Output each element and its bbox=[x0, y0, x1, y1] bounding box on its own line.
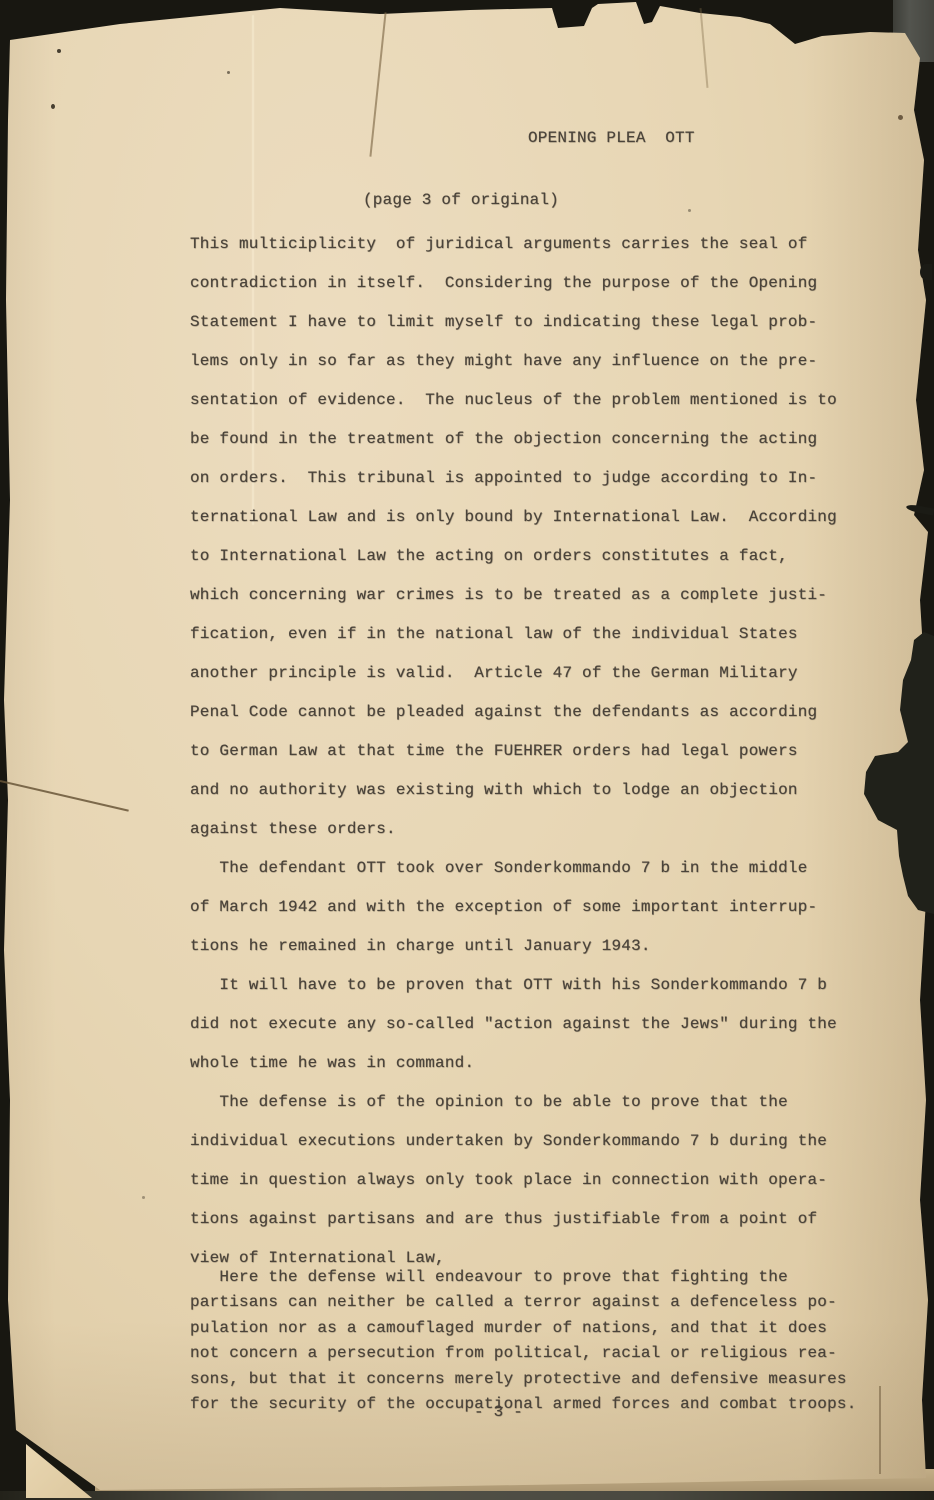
text-line: tions he remained in charge until Januar… bbox=[190, 927, 870, 966]
text-line: Statement I have to limit myself to indi… bbox=[190, 303, 870, 342]
text-line: another principle is valid. Article 47 o… bbox=[190, 654, 870, 693]
scan-bottom-band bbox=[0, 1491, 934, 1500]
text-line: ternational Law and is only bound by Int… bbox=[190, 498, 870, 537]
text-line: Penal Code cannot be pleaded against the… bbox=[190, 693, 870, 732]
paragraph-3: It will have to be proven that OTT with … bbox=[190, 966, 870, 1083]
text-line: The defense is of the opinion to be able… bbox=[190, 1083, 870, 1122]
text-line: Here the defense will endeavour to prove… bbox=[190, 1265, 870, 1290]
paragraph-2: The defendant OTT took over Sonderkomman… bbox=[190, 849, 870, 966]
text-line: sons, but that it concerns merely protec… bbox=[190, 1367, 870, 1392]
text-line: fication, even if in the national law of… bbox=[190, 615, 870, 654]
text-line: which concerning war crimes is to be tre… bbox=[190, 576, 870, 615]
page-number: - 3 - bbox=[474, 1403, 523, 1421]
paper-speck bbox=[227, 71, 230, 74]
paper-speck bbox=[688, 209, 691, 212]
text-line: contradiction in itself. Considering the… bbox=[190, 264, 870, 303]
document-title: OPENING PLEA OTT bbox=[528, 129, 695, 147]
text-line: It will have to be proven that OTT with … bbox=[190, 966, 870, 1005]
edge-notch bbox=[920, 264, 932, 280]
text-line: sentation of evidence. The nucleus of th… bbox=[190, 381, 870, 420]
text-line: on orders. This tribunal is appointed to… bbox=[190, 459, 870, 498]
text-line: to German Law at that time the FUEHRER o… bbox=[190, 732, 870, 771]
text-line: of March 1942 and with the exception of … bbox=[190, 888, 870, 927]
document-body: This multiciplicity of juridical argumen… bbox=[190, 225, 870, 1417]
text-line: tions against partisans and are thus jus… bbox=[190, 1200, 870, 1239]
text-line: be found in the treatment of the objecti… bbox=[190, 420, 870, 459]
text-line: time in question always only took place … bbox=[190, 1161, 870, 1200]
paper-speck bbox=[57, 49, 61, 53]
text-line: The defendant OTT took over Sonderkomman… bbox=[190, 849, 870, 888]
text-line: not concern a persecution from political… bbox=[190, 1341, 870, 1366]
paper-speck bbox=[51, 104, 55, 109]
text-line: This multiciplicity of juridical argumen… bbox=[190, 225, 870, 264]
text-line: pulation nor as a camouflaged murder of … bbox=[190, 1316, 870, 1341]
paragraph-5: Here the defense will endeavour to prove… bbox=[190, 1265, 870, 1417]
crease-bottom-right bbox=[879, 1386, 881, 1474]
text-line: whole time he was in command. bbox=[190, 1044, 870, 1083]
scanned-document-page: OPENING PLEA OTT (page 3 of original) Th… bbox=[0, 0, 934, 1500]
page-reference: (page 3 of original) bbox=[363, 191, 559, 209]
text-line: partisans can neither be called a terror… bbox=[190, 1290, 870, 1315]
text-line: against these orders. bbox=[190, 810, 870, 849]
paper-speck bbox=[898, 115, 903, 120]
text-line: to International Law the acting on order… bbox=[190, 537, 870, 576]
text-line: lems only in so far as they might have a… bbox=[190, 342, 870, 381]
paper-speck bbox=[142, 1196, 145, 1199]
text-line: individual executions undertaken by Sond… bbox=[190, 1122, 870, 1161]
text-line: for the security of the occupational arm… bbox=[190, 1392, 870, 1417]
text-line: did not execute any so-called "action ag… bbox=[190, 1005, 870, 1044]
paragraph-4: The defense is of the opinion to be able… bbox=[190, 1083, 870, 1278]
text-line: and no authority was existing with which… bbox=[190, 771, 870, 810]
paragraph-1: This multiciplicity of juridical argumen… bbox=[190, 225, 870, 849]
